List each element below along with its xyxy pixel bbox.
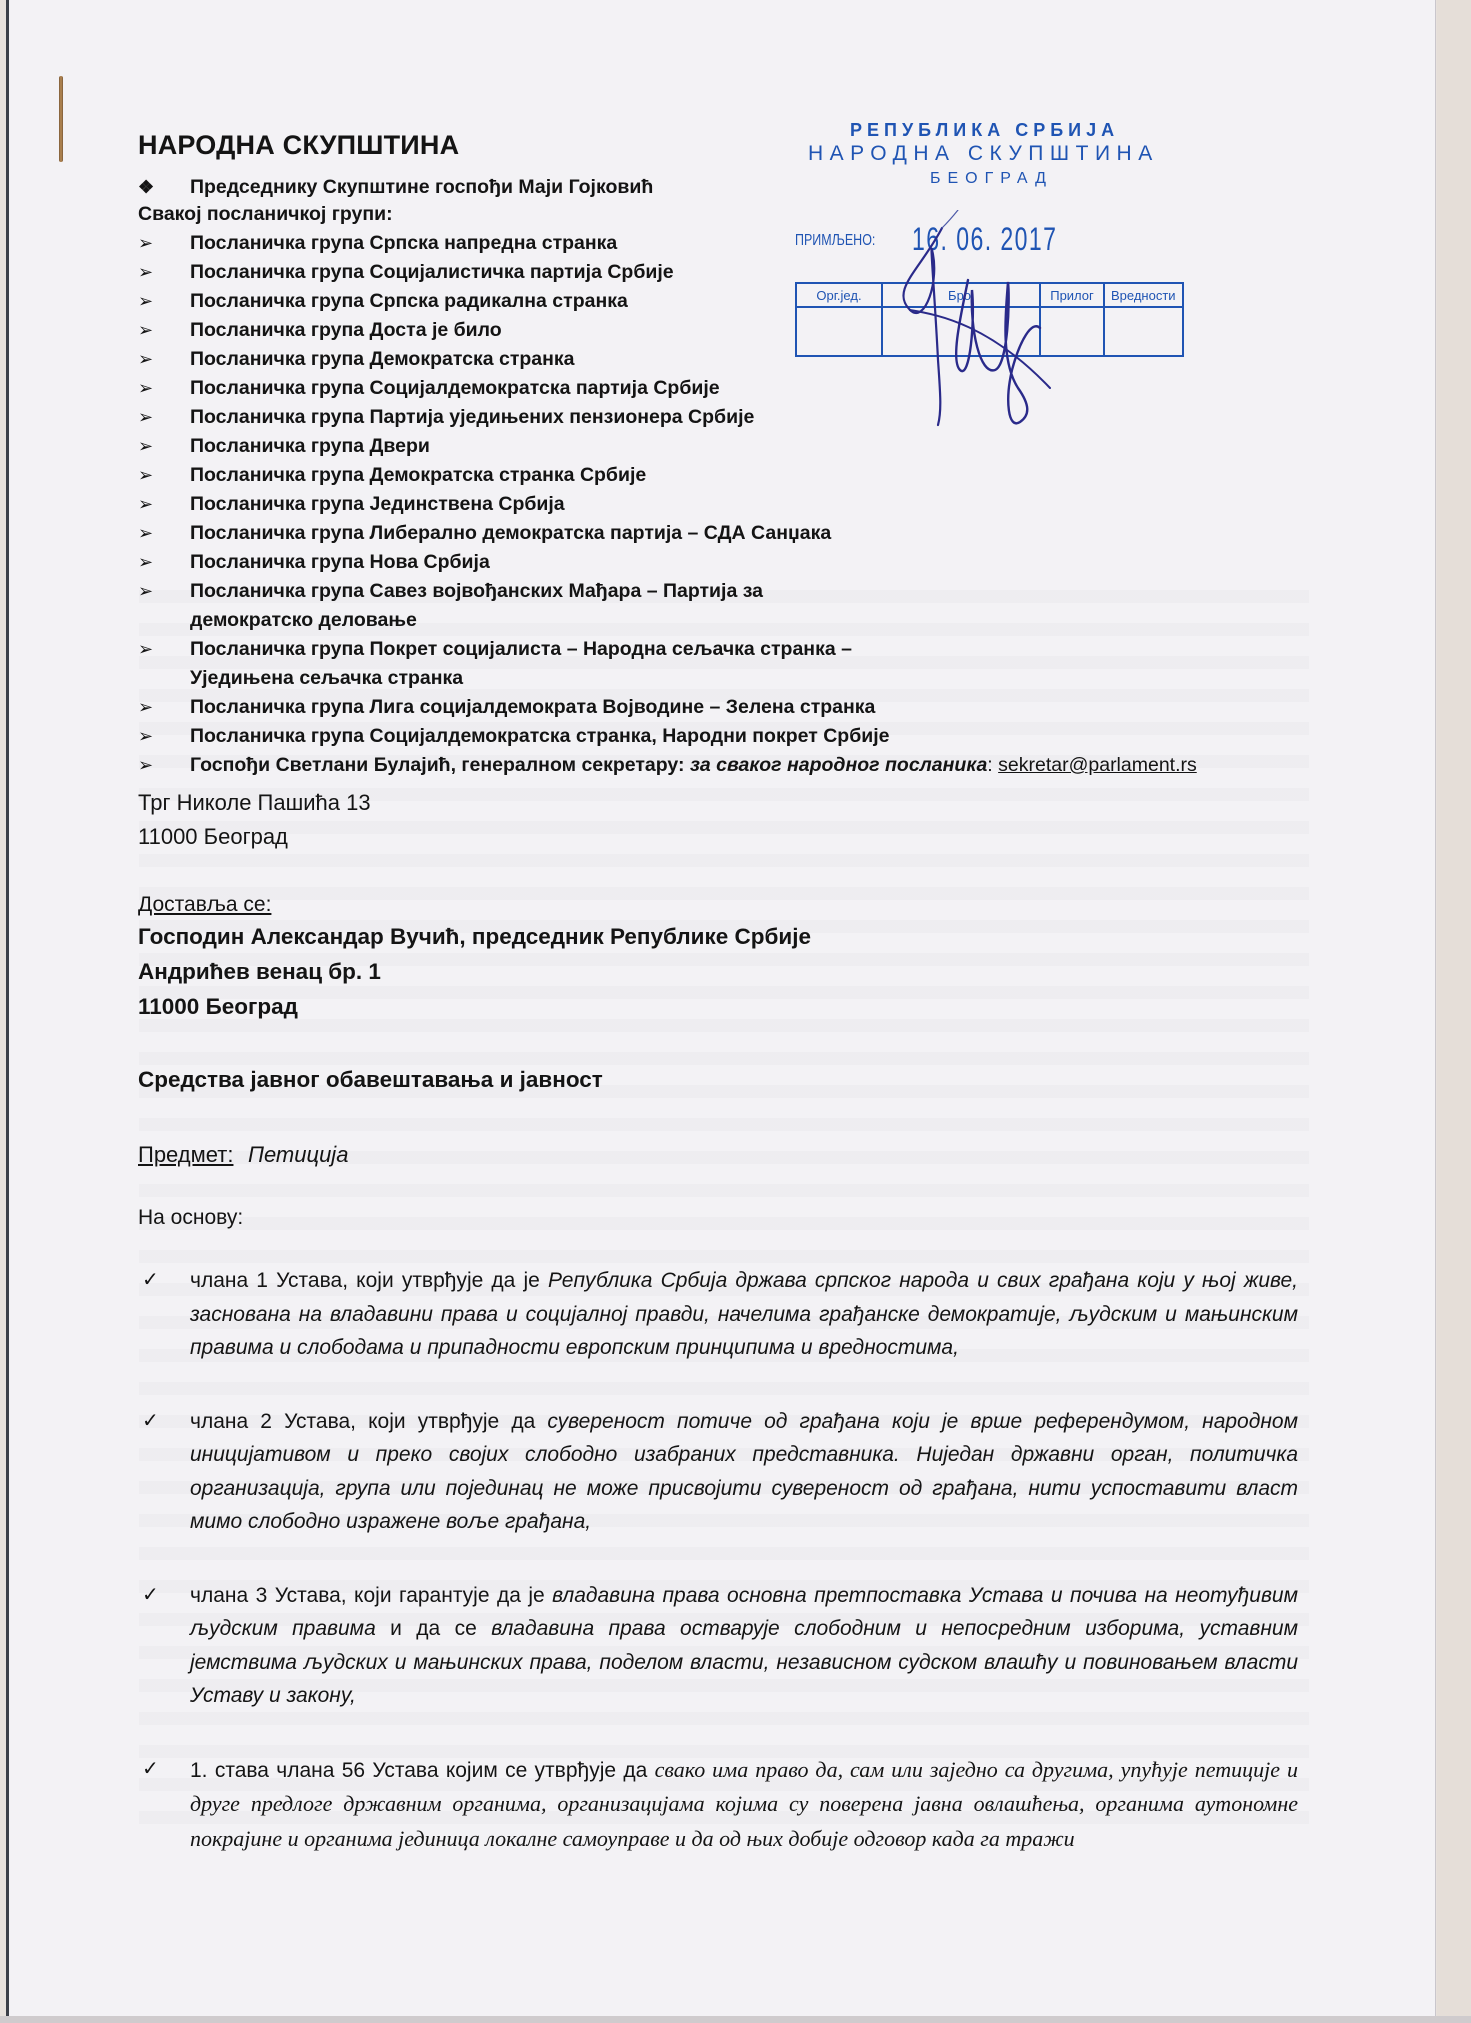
article-item: ✓ 1. става члана 56 Устава којим се утвр… — [138, 1753, 1298, 1857]
recipient-city: 11000 Београд — [138, 994, 298, 1020]
arrow-bullet-icon: ➢ — [138, 403, 153, 432]
arrow-bullet-icon: ➢ — [138, 345, 153, 374]
stamp-header-org-unit: Орг.јед. — [796, 283, 882, 307]
list-item: ➢Посланичка група Јединствена Србија — [138, 490, 1197, 519]
stamp-cell — [796, 307, 882, 356]
arrow-bullet-icon: ➢ — [138, 519, 153, 548]
document-content: НАРОДНА СКУПШТИНА ❖Председнику Скупштине… — [0, 0, 1471, 2023]
arrow-bullet-icon: ➢ — [138, 432, 153, 461]
stamp-republic: РЕПУБЛИКА СРБИЈА — [850, 120, 1119, 141]
president-addressee: ❖Председнику Скупштине госпођи Маји Гојк… — [138, 176, 653, 199]
list-item: ➢Посланичка група Покрет социјалиста – Н… — [138, 635, 1197, 693]
secretary-email-link[interactable]: sekretar@parlament.rs — [998, 754, 1197, 776]
subject-label: Предмет: — [138, 1142, 233, 1168]
arrow-bullet-icon: ➢ — [138, 490, 153, 519]
secretary-line: ➢Госпођи Светлани Булајић, генералном се… — [138, 751, 1197, 780]
stamp-assembly: НАРОДНА СКУПШТИНА — [808, 142, 1159, 166]
article-item: ✓ члана 1 Устава, који утврђује да је Ре… — [138, 1264, 1298, 1365]
list-item: ➢Посланичка група Нова Србија — [138, 548, 1197, 577]
arrow-bullet-icon: ➢ — [138, 287, 153, 316]
president-addressee-text: Председнику Скупштине госпођи Маји Гојко… — [190, 176, 653, 198]
subject-value: Петиција — [248, 1142, 348, 1168]
diamond-bullet-icon: ❖ — [138, 177, 190, 198]
checkmark-icon: ✓ — [142, 1405, 159, 1439]
checkmark-icon: ✓ — [142, 1264, 159, 1298]
groups-heading: Свакој посланичкој групи: — [138, 203, 393, 226]
stamp-city: БЕОГРАД — [930, 170, 1053, 188]
list-item: ➢Посланичка група Демократска странка Ср… — [138, 461, 1197, 490]
document-title: НАРОДНА СКУПШТИНА — [138, 130, 459, 161]
arrow-bullet-icon: ➢ — [138, 577, 153, 606]
arrow-bullet-icon: ➢ — [138, 316, 153, 345]
arrow-bullet-icon: ➢ — [138, 722, 153, 751]
stamp-cell — [1104, 307, 1183, 356]
stamp-header-values: Вредности — [1104, 283, 1183, 307]
checkmark-icon: ✓ — [142, 1753, 159, 1787]
stamp-received-label: ПРИМЉЕНО: — [795, 232, 875, 250]
constitution-articles-list: ✓ члана 1 Устава, који утврђује да је Ре… — [138, 1264, 1298, 1896]
basis-label: На основу: — [138, 1206, 243, 1230]
list-item: ➢Посланичка група Лига социјалдемократа … — [138, 693, 1197, 722]
list-item: ➢Посланичка група Социјалдемократска стр… — [138, 722, 1197, 751]
arrow-bullet-icon: ➢ — [138, 258, 153, 287]
list-item: ➢Посланичка група Либерално демократска … — [138, 519, 1197, 548]
article-item: ✓ члана 2 Устава, који утврђује да сувер… — [138, 1405, 1298, 1539]
parliament-city: 11000 Београд — [138, 824, 288, 850]
arrow-bullet-icon: ➢ — [138, 374, 153, 403]
article-item: ✓ члана 3 Устава, који гарантује да је в… — [138, 1579, 1298, 1713]
delivered-to-label: Доставља се: — [138, 893, 271, 917]
recipient-street: Андрићев венац бр. 1 — [138, 959, 381, 985]
handwritten-signature-icon — [880, 210, 1060, 440]
arrow-bullet-icon: ➢ — [138, 635, 153, 664]
recipient-name: Господин Александар Вучић, председник Ре… — [138, 924, 811, 950]
arrow-bullet-icon: ➢ — [138, 693, 153, 722]
list-item: ➢Посланичка група Савез војвођанских Мађ… — [138, 577, 1197, 635]
arrow-bullet-icon: ➢ — [138, 548, 153, 577]
arrow-bullet-icon: ➢ — [138, 461, 153, 490]
arrow-bullet-icon: ➢ — [138, 229, 153, 258]
parliament-street: Трг Николе Пашића 13 — [138, 790, 371, 816]
media-and-public-line: Средства јавног обавештавања и јавност — [138, 1067, 603, 1093]
arrow-bullet-icon: ➢ — [138, 751, 153, 780]
checkmark-icon: ✓ — [142, 1579, 159, 1613]
